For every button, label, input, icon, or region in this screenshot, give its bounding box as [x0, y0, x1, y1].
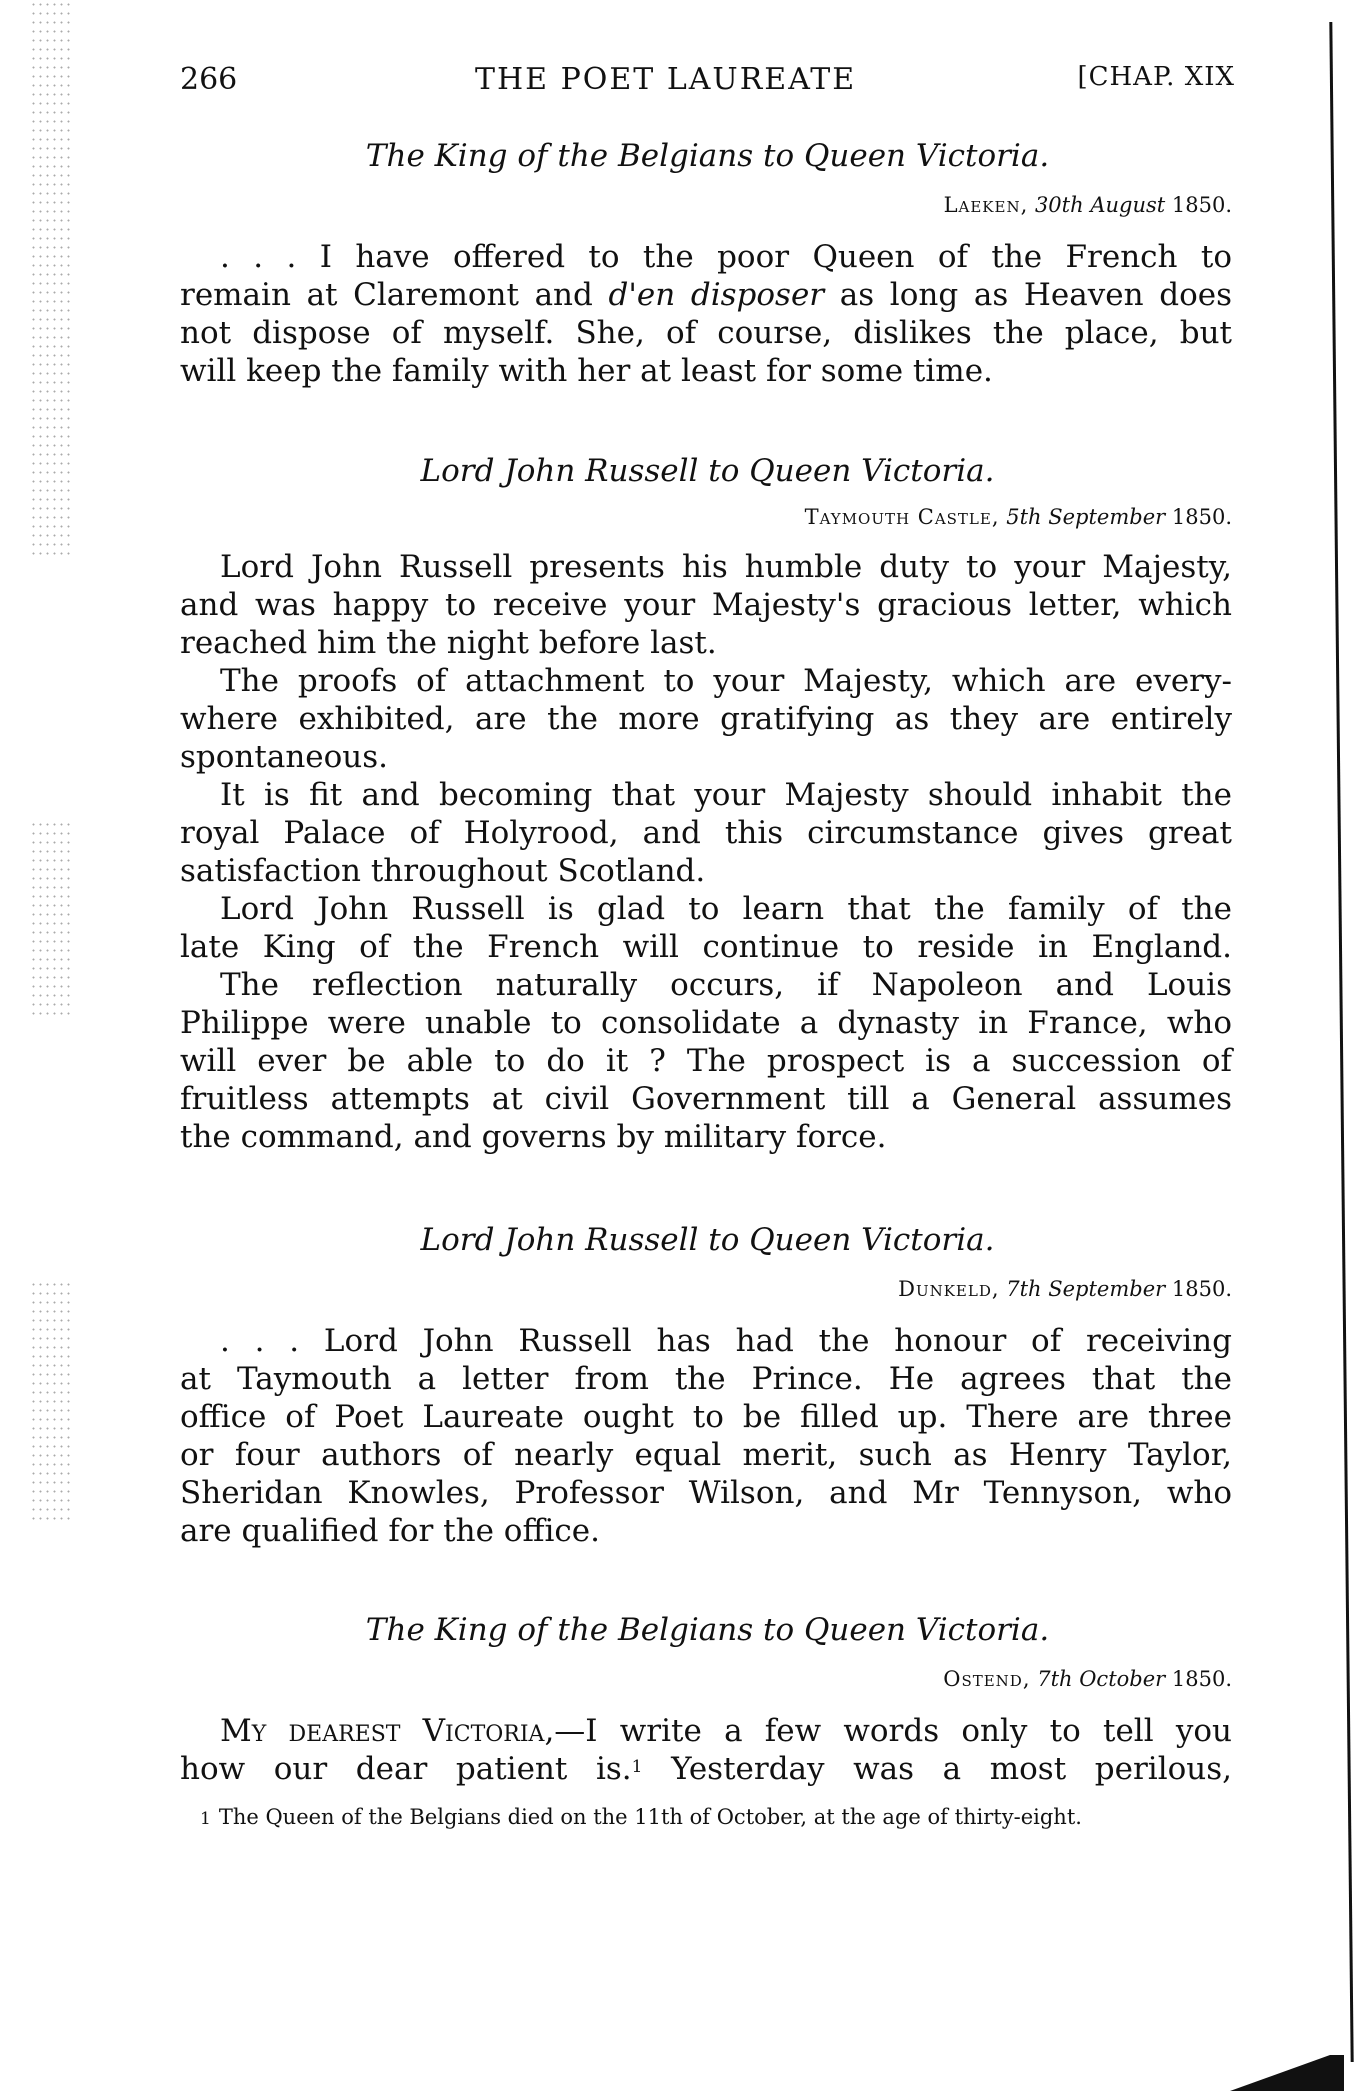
text-fragment: Yesterday was a most perilous, — [642, 1751, 1232, 1787]
dateline-month: September — [1048, 505, 1165, 529]
running-title: THE POET LAUREATE — [475, 62, 856, 97]
letter-heading: The King of the Belgians to Queen Victor… — [180, 138, 1235, 174]
footnote: 1The Queen of the Belgians died on the 1… — [200, 1805, 1082, 1829]
dateline-day: 5th — [1006, 505, 1041, 529]
footnote-text: The Queen of the Belgians died on the 11… — [219, 1805, 1082, 1829]
text-line: . . . I have offered to the poor Queen o… — [220, 238, 1232, 276]
text-fragment: how our dear patient is. — [180, 1751, 632, 1787]
dateline-day: 7th — [1006, 1277, 1041, 1301]
text-line: Sheridan Knowles, Professor Wilson, and … — [180, 1474, 1232, 1512]
salutation: My dearest Victoria, — [220, 1713, 554, 1749]
text-fragment: remain at Claremont and — [180, 277, 593, 313]
running-head: 266 THE POET LAUREATE [CHAP. XIX — [180, 62, 1235, 102]
dateline-year: 1850. — [1172, 1277, 1232, 1301]
text-line: reached him the night before last. — [180, 624, 1232, 662]
text-line: or four authors of nearly equal merit, s… — [180, 1436, 1232, 1474]
text-line: Philippe were unable to consolidate a dy… — [180, 1004, 1232, 1042]
book-page: 266 THE POET LAUREATE [CHAP. XIX The Kin… — [0, 0, 1370, 2091]
letter-dateline: Laeken, 30th August 1850. — [944, 193, 1232, 217]
text-line: will keep the family with her at least f… — [180, 352, 1232, 390]
text-line: where exhibited, are the more gratifying… — [180, 700, 1232, 738]
dateline-month: August — [1090, 193, 1165, 217]
dateline-place: Dunkeld, — [898, 1277, 999, 1301]
scan-edge-noise — [30, 1280, 70, 1520]
letter-dateline: Taymouth Castle, 5th September 1850. — [805, 505, 1232, 529]
letter-dateline: Dunkeld, 7th September 1850. — [898, 1277, 1232, 1301]
letter-heading: Lord John Russell to Queen Victoria. — [180, 1222, 1235, 1258]
text-line: satisfaction throughout Scotland. — [180, 852, 1232, 890]
page-corner-shadow — [1330, 2055, 1344, 2091]
letter-heading: Lord John Russell to Queen Victoria. — [180, 453, 1235, 489]
dateline-month: October — [1079, 1667, 1165, 1691]
dateline-day: 30th — [1035, 193, 1084, 217]
text-line: Lord John Russell is glad to learn that … — [220, 890, 1232, 928]
text-fragment: as long as Heaven does — [840, 277, 1232, 313]
text-line: late King of the French will continue to… — [180, 928, 1232, 966]
dateline-year: 1850. — [1172, 505, 1232, 529]
text-line: . . . Lord John Russell has had the hono… — [220, 1322, 1232, 1360]
page-corner-shadow — [1230, 2055, 1330, 2091]
text-line: the command, and governs by military for… — [180, 1118, 1232, 1156]
text-line: Lord John Russell presents his humble du… — [220, 548, 1232, 586]
text-fragment: —I write a few words only to tell you — [554, 1713, 1232, 1749]
page-edge-line — [1329, 22, 1353, 2062]
text-line: at Taymouth a letter from the Prince. He… — [180, 1360, 1232, 1398]
scan-edge-noise — [30, 820, 70, 1020]
text-line: office of Poet Laureate ought to be fill… — [180, 1398, 1232, 1436]
text-line: and was happy to receive your Majesty's … — [180, 586, 1232, 624]
text-line: spontaneous. — [180, 738, 1232, 776]
text-line: are qualified for the office. — [180, 1512, 1232, 1550]
dateline-place: Taymouth Castle, — [805, 505, 1000, 529]
text-line: fruitless attempts at civil Government t… — [180, 1080, 1232, 1118]
dateline-place: Ostend, — [943, 1667, 1030, 1691]
chapter-label: [CHAP. XIX — [1077, 62, 1235, 92]
dateline-year: 1850. — [1172, 193, 1232, 217]
scan-edge-noise — [30, 0, 70, 560]
text-line: My dearest Victoria,—I write a few words… — [220, 1712, 1232, 1750]
dateline-day: 7th — [1037, 1667, 1072, 1691]
italic-phrase: d'en disposer — [609, 277, 825, 313]
dateline-place: Laeken, — [944, 193, 1029, 217]
text-line: remain at Claremont and d'en disposer as… — [180, 276, 1232, 314]
dateline-year: 1850. — [1172, 1667, 1232, 1691]
dateline-month: September — [1048, 1277, 1165, 1301]
letter-dateline: Ostend, 7th October 1850. — [943, 1667, 1232, 1691]
footnote-mark: 1 — [200, 1809, 211, 1829]
text-line: not dispose of myself. She, of course, d… — [180, 314, 1232, 352]
text-line: how our dear patient is.1 Yesterday was … — [180, 1750, 1232, 1788]
page-number: 266 — [180, 62, 237, 97]
text-line: royal Palace of Holyrood, and this circu… — [180, 814, 1232, 852]
footnote-reference: 1 — [632, 1757, 643, 1777]
text-line: will ever be able to do it ? The prospec… — [180, 1042, 1232, 1080]
letter-heading: The King of the Belgians to Queen Victor… — [180, 1612, 1235, 1648]
text-line: The proofs of attachment to your Majesty… — [220, 662, 1232, 700]
text-line: The reflection naturally occurs, if Napo… — [220, 966, 1232, 1004]
text-line: It is fit and becoming that your Majesty… — [220, 776, 1232, 814]
